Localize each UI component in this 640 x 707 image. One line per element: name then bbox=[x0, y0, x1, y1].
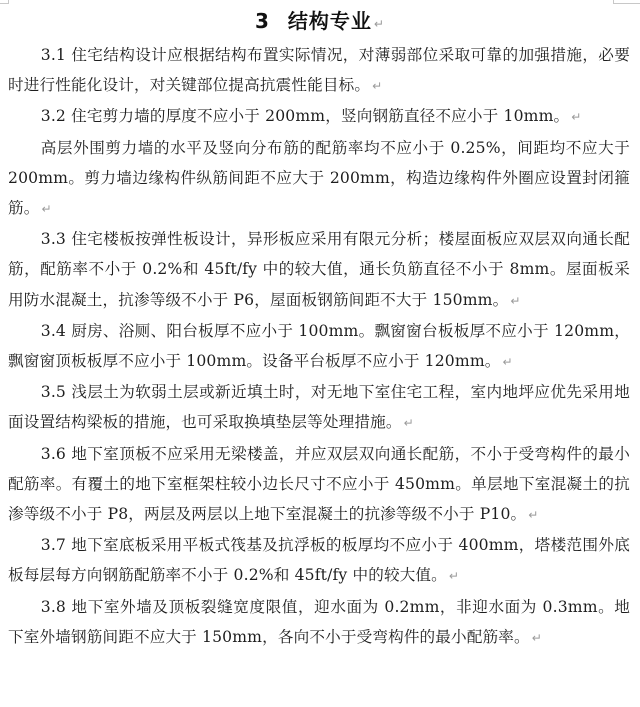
paragraph-mark-icon: ↵ bbox=[374, 17, 385, 31]
paragraph-3-2[interactable]: 3.2 住宅剪力墙的厚度不应小于 200mm，竖向钢筋直径不应小于 10mm。↵ bbox=[8, 101, 630, 132]
page-corner-marker-top-left bbox=[0, 0, 9, 4]
document-page: 3结构专业↵ 3.1 住宅结构设计应根据结构布置实际情况，对薄弱部位采取可靠的加… bbox=[0, 0, 640, 707]
paragraph-mark-icon: ↵ bbox=[42, 202, 52, 216]
paragraph-mark-icon: ↵ bbox=[571, 110, 581, 124]
paragraph-text: 高层外围剪力墙的水平及竖向分布筋的配筋率均不应小于 0.25%，间距均不应大于 … bbox=[8, 139, 630, 217]
paragraph-mark-icon: ↵ bbox=[503, 355, 513, 369]
paragraph-text: 3.2 住宅剪力墙的厚度不应小于 200mm，竖向钢筋直径不应小于 10mm。 bbox=[41, 107, 570, 125]
paragraph-3-5[interactable]: 3.5 浅层土为软弱土层或新近填土时，对无地下室住宅工程，室内地坪应优先采用地面… bbox=[8, 377, 630, 438]
paragraph-text: 3.1 住宅结构设计应根据结构布置实际情况，对薄弱部位采取可靠的加强措施，必要时… bbox=[8, 46, 630, 94]
paragraph-3-1[interactable]: 3.1 住宅结构设计应根据结构布置实际情况，对薄弱部位采取可靠的加强措施，必要时… bbox=[8, 40, 630, 101]
paragraph-3-4[interactable]: 3.4 厨房、浴厕、阳台板厚不应小于 100mm。飘窗窗台板板厚不应小于 120… bbox=[8, 316, 630, 377]
paragraph-3-3[interactable]: 3.3 住宅楼板按弹性板设计，异形板应采用有限元分析；楼屋面板应双层双向通长配筋… bbox=[8, 224, 630, 316]
page-corner-marker-top-right bbox=[613, 0, 640, 4]
section-heading: 3结构专业↵ bbox=[0, 6, 640, 39]
paragraph-mark-icon: ↵ bbox=[449, 569, 459, 583]
paragraph-text: 3.4 厨房、浴厕、阳台板厚不应小于 100mm。飘窗窗台板板厚不应小于 120… bbox=[8, 322, 630, 370]
paragraph-mark-icon: ↵ bbox=[404, 416, 414, 430]
section-number: 3 bbox=[255, 9, 270, 33]
paragraph-text: 3.5 浅层土为软弱土层或新近填土时，对无地下室住宅工程，室内地坪应优先采用地面… bbox=[8, 383, 630, 431]
document-body: 3.1 住宅结构设计应根据结构布置实际情况，对薄弱部位采取可靠的加强措施，必要时… bbox=[8, 40, 630, 653]
paragraph-3-6[interactable]: 3.6 地下室顶板不应采用无梁楼盖，并应双层双向通长配筋，不小于受弯构件的最小配… bbox=[8, 439, 630, 531]
paragraph-text: 3.7 地下室底板采用平板式筏基及抗浮板的板厚均不应小于 400mm，塔楼范围外… bbox=[8, 536, 630, 584]
paragraph-mark-icon: ↵ bbox=[510, 294, 520, 308]
section-title: 结构专业 bbox=[288, 9, 372, 33]
paragraph-text: 3.3 住宅楼板按弹性板设计，异形板应采用有限元分析；楼屋面板应双层双向通长配筋… bbox=[8, 230, 630, 308]
paragraph-mark-icon: ↵ bbox=[372, 79, 382, 93]
paragraph-mark-icon: ↵ bbox=[532, 631, 542, 645]
paragraph-3-7[interactable]: 3.7 地下室底板采用平板式筏基及抗浮板的板厚均不应小于 400mm，塔楼范围外… bbox=[8, 530, 630, 591]
paragraph-mark-icon: ↵ bbox=[528, 508, 538, 522]
paragraph-3-2-continued[interactable]: 高层外围剪力墙的水平及竖向分布筋的配筋率均不应小于 0.25%，间距均不应大于 … bbox=[8, 133, 630, 225]
paragraph-3-8[interactable]: 3.8 地下室外墙及顶板裂缝宽度限值，迎水面为 0.2mm，非迎水面为 0.3m… bbox=[8, 592, 630, 653]
